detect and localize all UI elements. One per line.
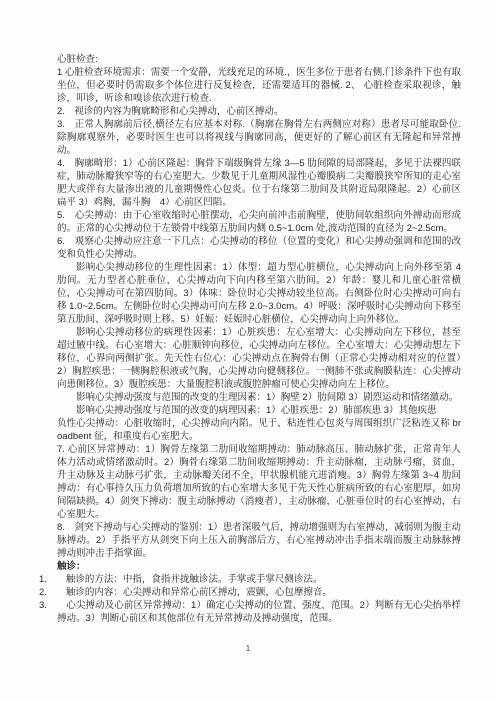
- palpation-item-apex: 3. 心尖搏动及心前区异常搏动：1）确定心尖搏动的位置、强度、范围。2）判断有无…: [57, 599, 461, 625]
- paragraph-physiologic-strength: 影响心尖搏动强度与范围的改变的生理因素：1）胸壁 2）肋间隙 3）剧烈运动和情绪…: [57, 391, 461, 404]
- paragraph-apex-observation: 6. 观察心尖搏动应注意一下几点：心尖搏动的移位（位置的变化）和心尖搏动强调和范…: [57, 235, 461, 261]
- paragraph-environment: 1 心脏检查环境需求：需要一个安静，光线充足的环境.，医生多位于患者右侧.门诊条…: [57, 66, 461, 105]
- paragraph-physiologic-displacement: 影响心尖搏动移位的生理性因素：1）体型：超力型心脏横位，心尖搏动向上向外移至第 …: [57, 261, 461, 326]
- paragraph-negative-apex-beat: 负性心尖搏动：心脏收缩时，心尖搏动向内陷。见于，粘连性心包炎与周围组织广泛粘连又…: [57, 417, 461, 443]
- document-page: 心脏检查: 1 心脏检查环境需求：需要一个安静，光线充足的环境.，医生多位于患者…: [0, 0, 496, 702]
- section-heading-palpation: 触诊：: [57, 560, 461, 573]
- palpation-item-method: 1. 触诊的方法：中指，食指并拢触诊法。手掌或手掌尺侧诊法。: [57, 573, 461, 586]
- paragraph-precordial-abnormal-pulsation: 7. 心前区异常搏动：1）胸骨左缘第二肋间收缩期搏动：肺动脉高压、肺动脉扩张，正…: [57, 443, 461, 521]
- paragraph-inspection-content: 2. 视诊的内容为胸廓畸形和心尖搏动，心前区搏动。: [57, 105, 461, 118]
- document-title: 心脏检查:: [57, 53, 461, 66]
- page-number: 1: [0, 644, 496, 654]
- document-body: 心脏检查: 1 心脏检查环境需求：需要一个安静，光线充足的环境.，医生多位于患者…: [57, 53, 461, 625]
- paragraph-pathologic-strength: 影响心尖搏动强度与范围的改变的病理因素：1）心脏疾患：2）肺部疾患 3）其他疾患: [57, 404, 461, 417]
- paragraph-normal-chest: 3. 正常人胸廓前后径,横径左右应基本对称.（胸廓在胸骨左右两侧应对称）患者尽可…: [57, 118, 461, 157]
- paragraph-chest-deformity: 4. 胸廓畸形：1）心前区隆起：胸骨下端级胸骨左缘 3—5 肋间隙的局部隆起，多…: [57, 157, 461, 209]
- paragraph-apex-beat: 5. 心尖搏动：由于心室收缩时心脏摆动，心尖向前冲击前胸壁，使肋间软组织向外搏动…: [57, 209, 461, 235]
- paragraph-subxiphoid-differentiation: 8. 剑突下搏动与心尖搏动的鉴别：1）患者深吸气后，搏动增强则为右室搏动，减弱则…: [57, 521, 461, 560]
- paragraph-pathologic-displacement: 影响心尖搏动移位的病理性因素：1）心脏疾患：左心室增大：心尖搏动向左下移位，甚至…: [57, 326, 461, 391]
- palpation-item-content: 2. 触诊的内容：心尖搏动和异常心前区搏动，震颤，心包摩擦音。: [57, 586, 461, 599]
